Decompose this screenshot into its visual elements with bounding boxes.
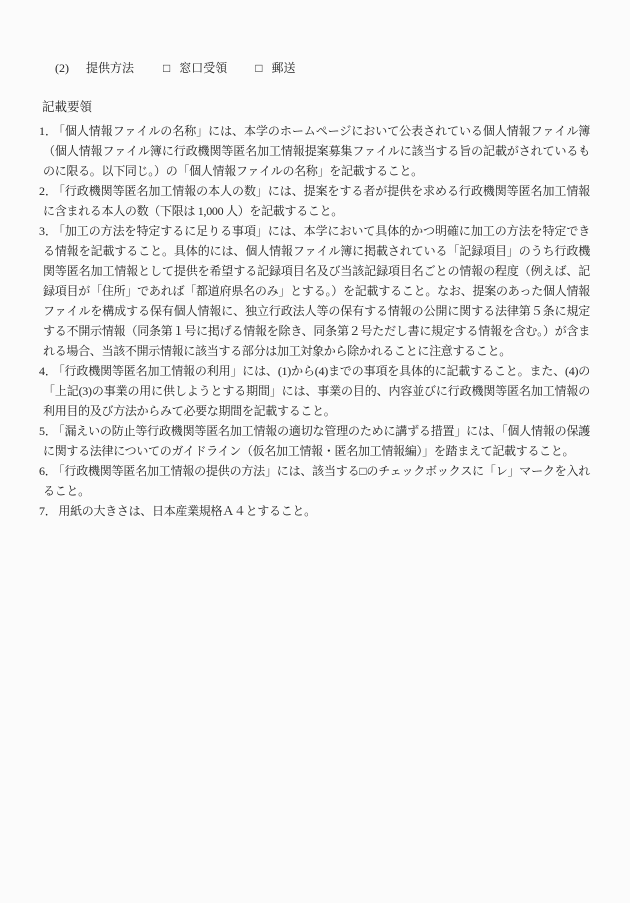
option-window-receipt-label: 窓口受領 xyxy=(179,61,227,75)
item-number: 3． xyxy=(39,224,57,238)
provision-item-number: (2) xyxy=(55,61,69,75)
item-text: 「行政機関等匿名加工情報の本人の数」には、提案をする者が提供を求める行政機関等匿… xyxy=(43,184,590,218)
list-item-5: 5．「漏えいの防止等行政機関等匿名加工情報の適切な管理のために講ずる措置」には、… xyxy=(39,421,590,461)
item-number: 2． xyxy=(39,184,57,198)
option-mail-label: 郵送 xyxy=(272,61,296,75)
item-number: 4． xyxy=(39,364,57,378)
item-text: 用紙の大きさは、日本産業規格Ａ４とすること。 xyxy=(58,504,315,518)
section-heading: 記載要領 xyxy=(42,99,92,115)
item-text: 「個人情報ファイルの名称」には、本学のホームページにおいて公表されている個人情報… xyxy=(43,124,590,178)
list-item-6: 6．「行政機関等匿名加工情報の提供の方法」には、該当する□のチェックボックスに「… xyxy=(39,461,590,501)
option-mail: □ 郵送 xyxy=(255,61,295,75)
option-window-receipt: □ 窓口受領 xyxy=(163,61,230,75)
provision-method-row: (2) 提供方法 □ 窓口受領 □ 郵送 xyxy=(55,61,296,76)
document-page: (2) 提供方法 □ 窓口受領 □ 郵送 記載要領 1．「個人情報ファイルの名称… xyxy=(0,0,630,903)
item-text: 「行政機関等匿名加工情報の利用」には、(1)から(4)までの事項を具体的に記載す… xyxy=(43,364,590,418)
checkbox-icon[interactable]: □ xyxy=(163,61,170,76)
list-item-1: 1．「個人情報ファイルの名称」には、本学のホームページにおいて公表されている個人… xyxy=(39,121,590,181)
item-text: 「行政機関等匿名加工情報の提供の方法」には、該当する□のチェックボックスに「レ」… xyxy=(43,464,590,498)
list-item-3: 3．「加工の方法を特定するに足りる事項」には、本学において具体的かつ明確に加工の… xyxy=(39,221,590,361)
list-item-4: 4．「行政機関等匿名加工情報の利用」には、(1)から(4)までの事項を具体的に記… xyxy=(39,361,590,421)
item-number: 7． xyxy=(39,504,56,518)
item-number: 1． xyxy=(39,124,57,138)
provision-method-label: 提供方法 xyxy=(86,61,134,75)
item-text: 「加工の方法を特定するに足りる事項」には、本学において具体的かつ明確に加工の方法… xyxy=(43,224,590,358)
list-item-7: 7．用紙の大きさは、日本産業規格Ａ４とすること。 xyxy=(39,501,590,521)
item-text: 「漏えいの防止等行政機関等匿名加工情報の適切な管理のために講ずる措置」には、「個… xyxy=(43,424,590,458)
item-number: 5． xyxy=(39,424,57,438)
list-item-2: 2．「行政機関等匿名加工情報の本人の数」には、提案をする者が提供を求める行政機関… xyxy=(39,181,590,221)
checkbox-icon[interactable]: □ xyxy=(255,61,262,76)
item-number: 6． xyxy=(39,464,57,478)
instruction-list: 1．「個人情報ファイルの名称」には、本学のホームページにおいて公表されている個人… xyxy=(39,121,590,521)
